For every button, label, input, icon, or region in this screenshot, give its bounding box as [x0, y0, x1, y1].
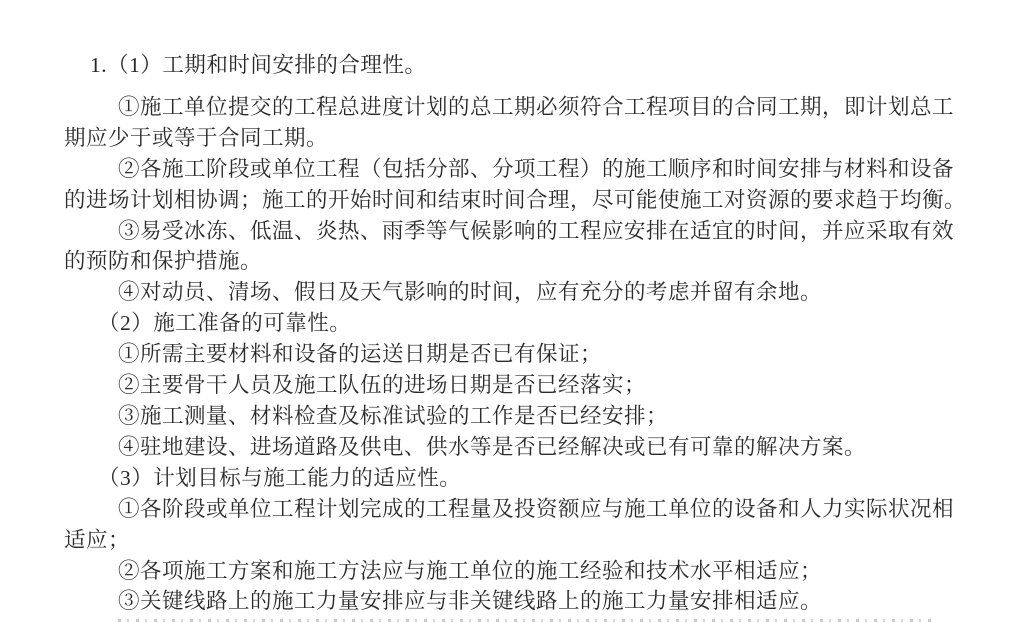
text-line: ①施工单位提交的工程总进度计划的总工期必须符合工程项目的合同工期，即计划总工	[64, 92, 964, 123]
text-line: ③易受冰冻、低温、炎热、雨季等气候影响的工程应安排在适宜的时间，并应采取有效	[64, 216, 964, 247]
text-line: ③关键线路上的施工力量安排应与非关键线路上的施工力量安排相适应。	[64, 586, 964, 617]
text-line: ②各项施工方案和施工方法应与施工单位的施工经验和技术水平相适应；	[64, 556, 964, 587]
text-line: （2）施工准备的可靠性。	[64, 308, 964, 339]
text-line: ②主要骨干人员及施工队伍的进场日期是否已经落实；	[64, 370, 964, 401]
section-heading: 1.（1）工期和时间安排的合理性。	[64, 50, 964, 81]
text-line: ④驻地建设、进场道路及供电、供水等是否已经解决或已有可靠的解决方案。	[64, 432, 964, 463]
text-line: ③施工测量、材料检查及标准试验的工作是否已经安排；	[64, 401, 964, 432]
text-line: 的进场计划相协调；施工的开始时间和结束时间合理，尽可能使施工对资源的要求趋于均衡…	[64, 185, 964, 216]
text-line: 适应；	[64, 525, 964, 556]
text-line: 期应少于或等于合同工期。	[64, 123, 964, 154]
text-line: ④对动员、清场、假日及天气影响的时间，应有充分的考虑并留有余地。	[64, 277, 964, 308]
text-line: ①所需主要材料和设备的运送日期是否已有保证；	[64, 339, 964, 370]
text-line: （3）计划目标与施工能力的适应性。	[64, 463, 964, 494]
text-line: ①各阶段或单位工程计划完成的工程量及投资额应与施工单位的设备和人力实际状况相	[64, 494, 964, 525]
document-page: 1.（1）工期和时间安排的合理性。 ①施工单位提交的工程总进度计划的总工期必须符…	[64, 50, 964, 617]
paragraph-lines: ①施工单位提交的工程总进度计划的总工期必须符合工程项目的合同工期，即计划总工期应…	[64, 92, 964, 617]
text-line: ②各施工阶段或单位工程（包括分部、分项工程）的施工顺序和时间安排与材料和设备	[64, 154, 964, 185]
cutoff-next-line-artifact	[118, 619, 936, 622]
text-line: 的预防和保护措施。	[64, 246, 964, 277]
